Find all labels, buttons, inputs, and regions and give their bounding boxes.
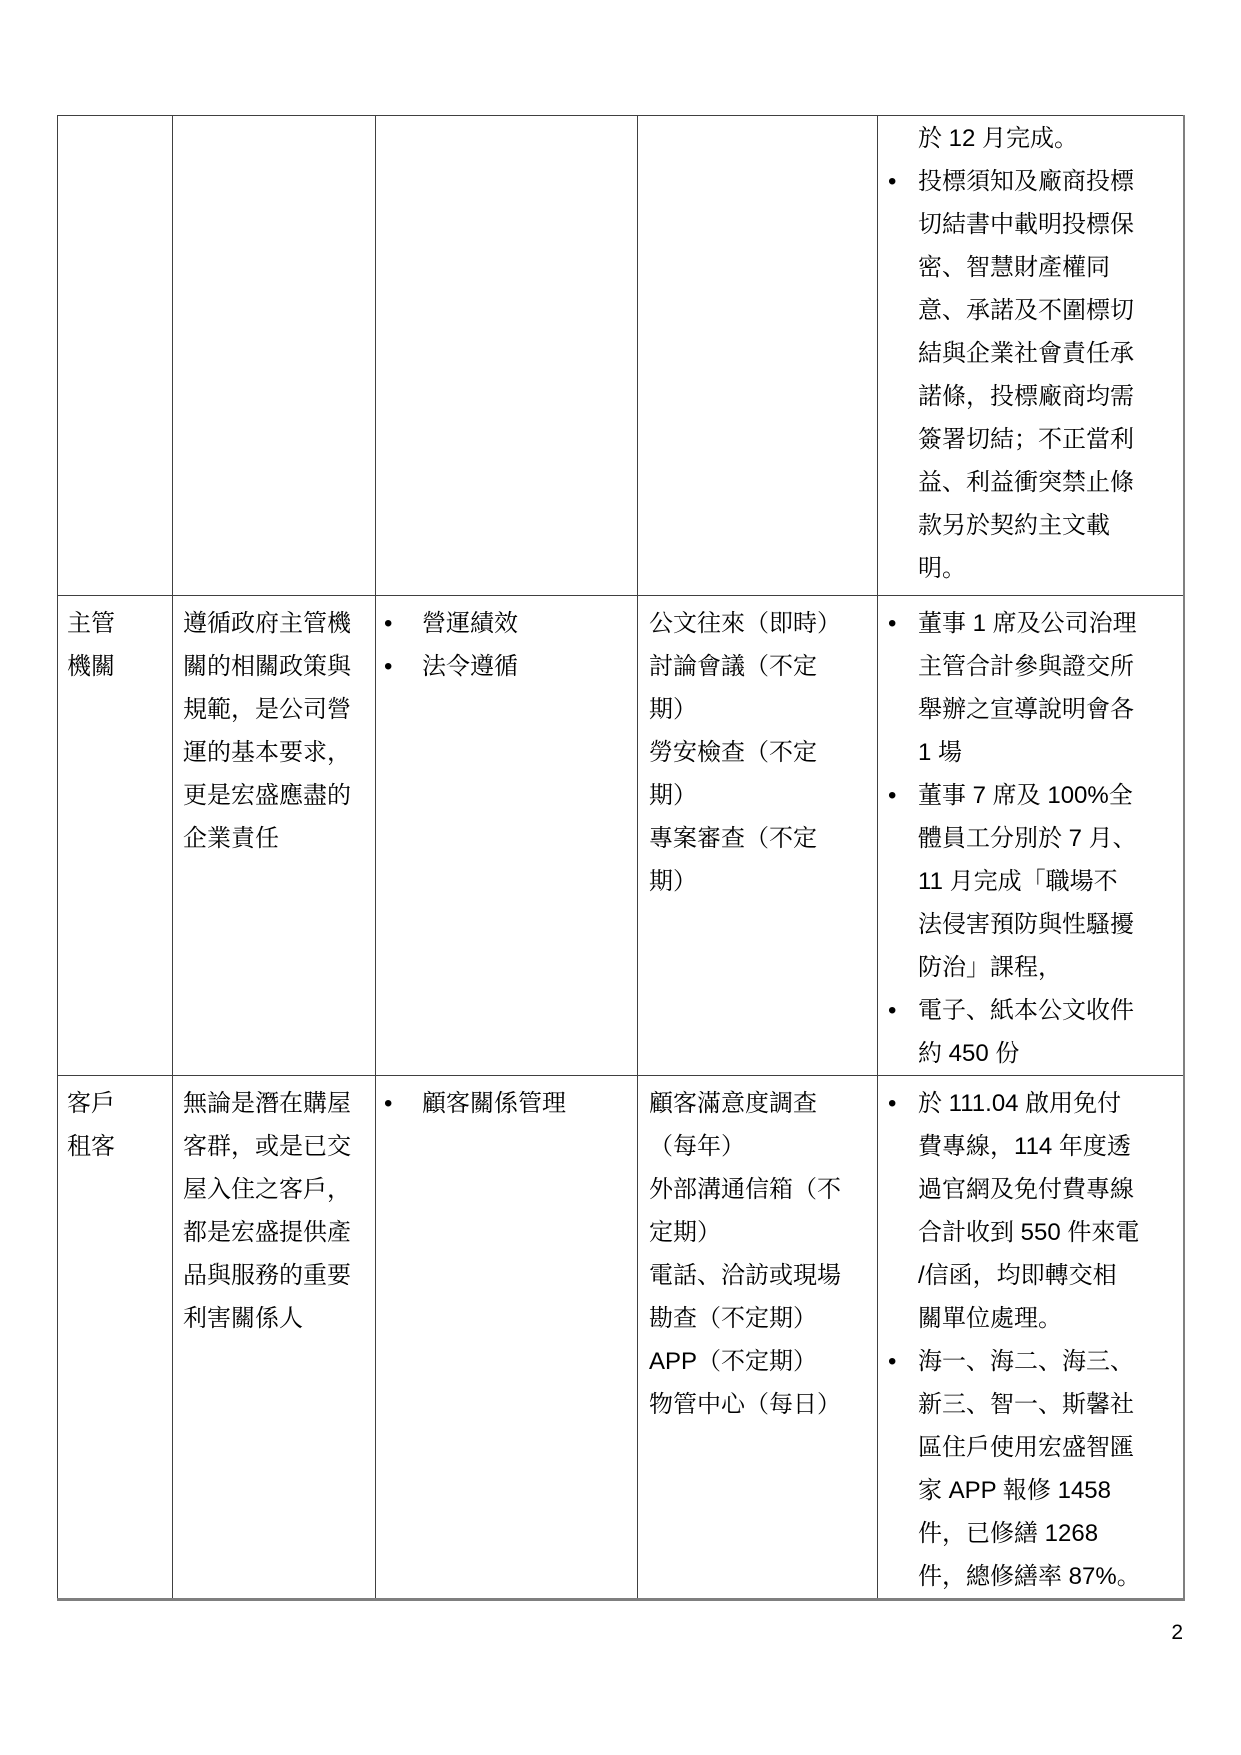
list-item: •於 111.04 啟用免付費專線，114 年度透過官網及免付費專線合計收到 5… [878, 1082, 1183, 1340]
text-line: 更是宏盛應盡的 [183, 774, 376, 817]
channels-cell: 顧客滿意度調查（每年）外部溝通信箱（不定期）電話、洽訪或現場勘查（不定期）APP… [638, 1076, 878, 1600]
bullet-icon: • [878, 1340, 918, 1383]
text-line: 合計收到 550 件來電 [918, 1211, 1183, 1254]
text-line: 董事 7 席及 100%全 [918, 774, 1183, 817]
text-line: 簽署切結；不正當利 [918, 418, 1183, 461]
text-line: 體員工分別於 7 月、 [918, 817, 1183, 860]
bullet-icon: • [878, 602, 918, 645]
list-item-text: 法令遵循 [422, 645, 637, 688]
list-item-text: 海一、海二、海三、新三、智一、斯馨社區住戶使用宏盛智匯家 APP 報修 1458… [918, 1340, 1183, 1598]
text-line: 法令遵循 [422, 645, 637, 688]
text-line: 切結書中載明投標保 [918, 203, 1183, 246]
list-item: •電子、紙本公文收件約 450 份 [878, 989, 1183, 1075]
text-line: 約 450 份 [918, 1032, 1183, 1075]
channels-cell [638, 116, 878, 596]
list-item: •投標須知及廠商投標切結書中載明投標保密、智慧財產權同意、承諾及不圍標切結與企業… [878, 160, 1183, 590]
list-item: •董事 1 席及公司治理主管合計參與證交所舉辦之宣導說明會各1 場 [878, 602, 1183, 774]
text-line: 外部溝通信箱（不 [649, 1168, 878, 1211]
list-item: •海一、海二、海三、新三、智一、斯馨社區住戶使用宏盛智匯家 APP 報修 145… [878, 1340, 1183, 1598]
list-item-text: 投標須知及廠商投標切結書中載明投標保密、智慧財產權同意、承諾及不圍標切結與企業社… [918, 160, 1183, 590]
list-item: •營運績效 [376, 602, 637, 645]
text-line: 投標須知及廠商投標 [918, 160, 1183, 203]
bullet-icon: • [878, 774, 918, 817]
text-line: 公文往來（即時） [649, 602, 878, 645]
topics-cell: •顧客關係管理 [376, 1076, 638, 1600]
text-line: 利害關係人 [183, 1297, 376, 1340]
text-line: 定期） [649, 1211, 878, 1254]
text-line: 於 12 月完成。 [918, 117, 1183, 160]
text-line: 運的基本要求， [183, 731, 376, 774]
text-line: 顧客關係管理 [422, 1082, 637, 1125]
text-line: 營運績效 [422, 602, 637, 645]
text-line: 於 111.04 啟用免付 [918, 1082, 1183, 1125]
stakeholder-table: 於 12 月完成。•投標須知及廠商投標切結書中載明投標保密、智慧財產權同意、承諾… [57, 115, 1185, 1601]
text-line: 家 APP 報修 1458 [918, 1469, 1183, 1512]
text-line: 規範，是公司營 [183, 688, 376, 731]
channels-cell: 公文往來（即時）討論會議（不定期）勞安檢查（不定期）專案審查（不定期） [638, 596, 878, 1076]
text-line: 討論會議（不定 [649, 645, 878, 688]
list-item: •董事 7 席及 100%全體員工分別於 7 月、11 月完成「職場不法侵害預防… [878, 774, 1183, 989]
text-line: 益、利益衝突禁止條 [918, 461, 1183, 504]
text-line: 關單位處理。 [918, 1297, 1183, 1340]
results-cell: •於 111.04 啟用免付費專線，114 年度透過官網及免付費專線合計收到 5… [878, 1076, 1184, 1600]
topics-cell [376, 116, 638, 596]
text-line: 專案審查（不定 [649, 817, 878, 860]
text-line: 期） [649, 774, 878, 817]
text-line: 企業責任 [183, 817, 376, 860]
bullet-icon: • [878, 989, 918, 1032]
list-item-text: 營運績效 [422, 602, 637, 645]
text-line: 海一、海二、海三、 [918, 1340, 1183, 1383]
text-line: 勘查（不定期） [649, 1297, 878, 1340]
text-line: 新三、智一、斯馨社 [918, 1383, 1183, 1426]
results-cell: •董事 1 席及公司治理主管合計參與證交所舉辦之宣導說明會各1 場•董事 7 席… [878, 596, 1184, 1076]
text-line: 諾條，投標廠商均需 [918, 375, 1183, 418]
stakeholder-cell: 主管機關 [58, 596, 173, 1076]
text-line: 關的相關政策與 [183, 645, 376, 688]
description-cell [173, 116, 376, 596]
table-body: 於 12 月完成。•投標須知及廠商投標切結書中載明投標保密、智慧財產權同意、承諾… [58, 116, 1184, 1600]
table-row: 主管機關遵循政府主管機關的相關政策與規範，是公司營運的基本要求，更是宏盛應盡的企… [58, 596, 1184, 1076]
bullet-icon: • [376, 1082, 422, 1125]
list-item-text: 董事 7 席及 100%全體員工分別於 7 月、11 月完成「職場不法侵害預防與… [918, 774, 1183, 989]
text-line: 勞安檢查（不定 [649, 731, 878, 774]
text-line: 件，總修繕率 87%。 [918, 1555, 1183, 1598]
text-line: 電話、洽訪或現場 [649, 1254, 878, 1297]
text-line: 防治」課程， [918, 946, 1183, 989]
bullet-icon: • [376, 602, 422, 645]
text-line: 物管中心（每日） [649, 1383, 878, 1426]
text-line: 主管合計參與證交所 [918, 645, 1183, 688]
list-item-text: 於 12 月完成。 [918, 117, 1183, 160]
text-line: 法侵害預防與性騷擾 [918, 903, 1183, 946]
text-line: 期） [649, 860, 878, 903]
text-line: 款另於契約主文載 [918, 504, 1183, 547]
results-cell: 於 12 月完成。•投標須知及廠商投標切結書中載明投標保密、智慧財產權同意、承諾… [878, 116, 1184, 596]
text-line: 11 月完成「職場不 [918, 860, 1183, 903]
text-line: 期） [649, 688, 878, 731]
text-line: 電子、紙本公文收件 [918, 989, 1183, 1032]
topics-cell: •營運績效•法令遵循 [376, 596, 638, 1076]
text-line: 明。 [918, 547, 1183, 590]
document-page: 於 12 月完成。•投標須知及廠商投標切結書中載明投標保密、智慧財產權同意、承諾… [0, 0, 1241, 1755]
text-line: （每年） [649, 1125, 878, 1168]
text-line: 客群，或是已交 [183, 1125, 376, 1168]
list-item: 於 12 月完成。 [878, 117, 1183, 160]
text-line: 意、承諾及不圍標切 [918, 289, 1183, 332]
text-line: 費專線，114 年度透 [918, 1125, 1183, 1168]
text-line: 區住戶使用宏盛智匯 [918, 1426, 1183, 1469]
text-line: 無論是潛在購屋 [183, 1082, 376, 1125]
text-line: 租客 [67, 1125, 173, 1168]
text-line: APP（不定期） [649, 1340, 878, 1383]
text-line: 董事 1 席及公司治理 [918, 602, 1183, 645]
text-line: 密、智慧財產權同 [918, 246, 1183, 289]
text-line: 屋入住之客戶， [183, 1168, 376, 1211]
list-item: •法令遵循 [376, 645, 637, 688]
description-cell: 無論是潛在購屋客群，或是已交屋入住之客戶，都是宏盛提供產品與服務的重要利害關係人 [173, 1076, 376, 1600]
bullet-icon: • [376, 645, 422, 688]
text-line: 品與服務的重要 [183, 1254, 376, 1297]
text-line: 遵循政府主管機 [183, 602, 376, 645]
bullet-icon: • [878, 1082, 918, 1125]
text-line: 顧客滿意度調查 [649, 1082, 878, 1125]
text-line: 客戶 [67, 1082, 173, 1125]
text-line: /信函，均即轉交相 [918, 1254, 1183, 1297]
list-item-text: 於 111.04 啟用免付費專線，114 年度透過官網及免付費專線合計收到 55… [918, 1082, 1183, 1340]
text-line: 舉辦之宣導說明會各 [918, 688, 1183, 731]
text-line: 件，已修繕 1268 [918, 1512, 1183, 1555]
text-line: 機關 [67, 645, 173, 688]
list-item-text: 電子、紙本公文收件約 450 份 [918, 989, 1183, 1075]
stakeholder-cell [58, 116, 173, 596]
bullet-icon: • [878, 160, 918, 203]
text-line: 主管 [67, 602, 173, 645]
text-line: 過官網及免付費專線 [918, 1168, 1183, 1211]
page-number: 2 [1123, 1620, 1183, 1646]
stakeholder-cell: 客戶租客 [58, 1076, 173, 1600]
list-item-text: 顧客關係管理 [422, 1082, 637, 1125]
text-line: 1 場 [918, 731, 1183, 774]
table-row: 於 12 月完成。•投標須知及廠商投標切結書中載明投標保密、智慧財產權同意、承諾… [58, 116, 1184, 596]
text-line: 都是宏盛提供產 [183, 1211, 376, 1254]
text-line: 結與企業社會責任承 [918, 332, 1183, 375]
list-item-text: 董事 1 席及公司治理主管合計參與證交所舉辦之宣導說明會各1 場 [918, 602, 1183, 774]
description-cell: 遵循政府主管機關的相關政策與規範，是公司營運的基本要求，更是宏盛應盡的企業責任 [173, 596, 376, 1076]
list-item: •顧客關係管理 [376, 1082, 637, 1125]
table-row: 客戶租客無論是潛在購屋客群，或是已交屋入住之客戶，都是宏盛提供產品與服務的重要利… [58, 1076, 1184, 1600]
